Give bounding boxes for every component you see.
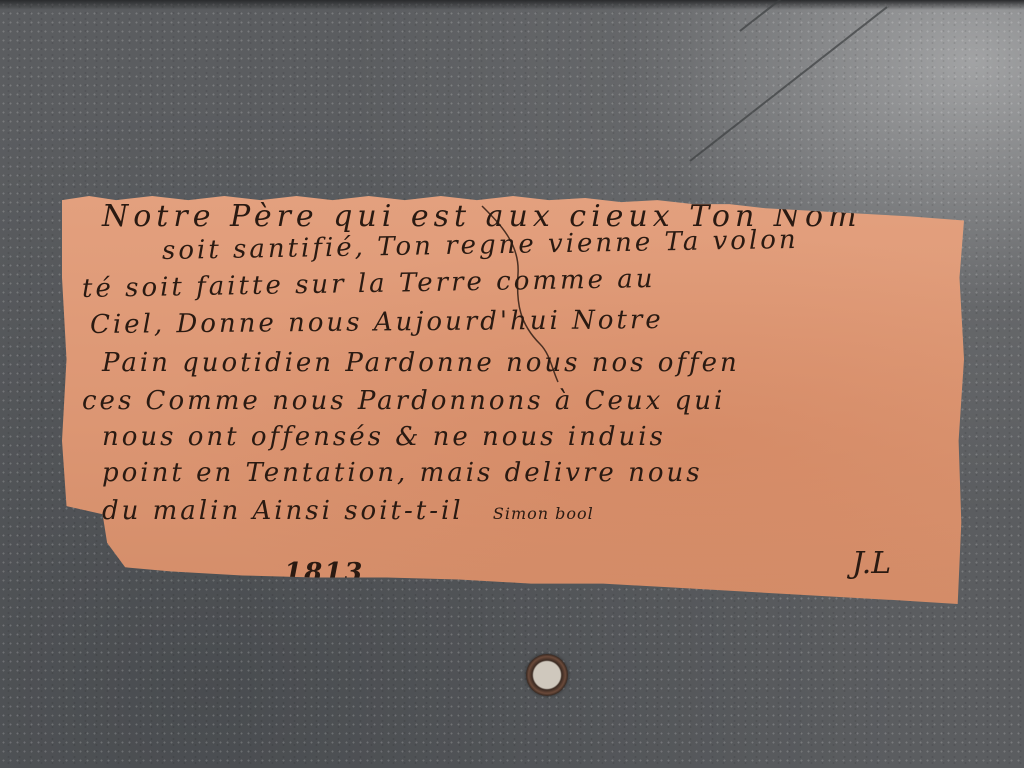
grommet-icon [526,654,568,696]
text-line: té soit faitte sur la Terre comme au [82,264,656,304]
text-line: du malin Ainsi soit-t-il Simon bool [102,496,594,529]
text-line: ces Comme nous Pardonnons à Ceux qui [82,386,725,416]
text-line-body: du malin Ainsi soit-t-il [102,496,464,526]
text-line: nous ont offensés & ne nous induis [102,422,666,452]
text-line: Pain quotidien Pardonne nous nos offen [102,348,740,378]
initials: J.L [852,546,891,581]
manuscript-paper: Notre Père qui est aux cieux Ton Nom soi… [62,196,964,604]
text-line: Ciel, Donne nous Aujourd'hui Notre [90,305,664,340]
handwritten-text: Notre Père qui est aux cieux Ton Nom soi… [62,196,964,604]
board-crease-lower [689,6,887,161]
frame-edge-shadow [0,0,1024,10]
date: 1813 [284,558,364,588]
text-line: point en Tentation, mais delivre nous [102,458,703,488]
signature: Simon bool [493,504,594,523]
